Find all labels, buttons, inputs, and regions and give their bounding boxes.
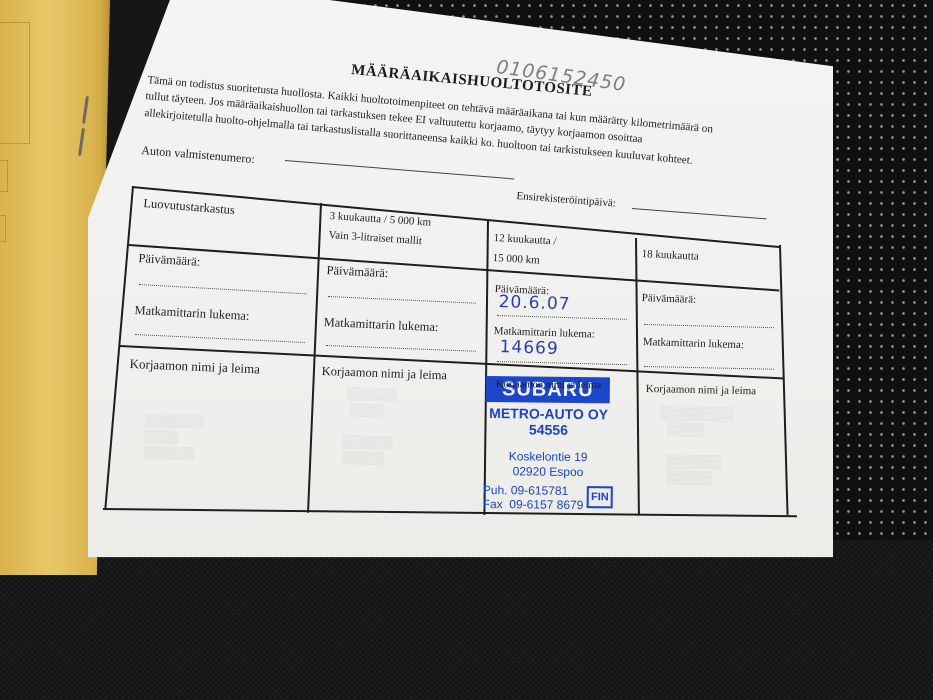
col3-workshop-label: Korjaamon nimi ja leima xyxy=(496,372,602,399)
col1-date-label: Päivämäärä: xyxy=(138,251,201,270)
col2-header-line2: Vain 3-litraiset mallit xyxy=(328,229,422,247)
first-registration-field-line[interactable] xyxy=(632,208,767,219)
stamp-company-name: METRO-AUTO OY xyxy=(484,405,614,422)
first-registration-label: Ensirekisteröintipäivä: xyxy=(516,190,616,210)
col2-odometer-label: Matkamittarin lukema: xyxy=(323,315,438,335)
col1-bleedthrough-text: ▒▒▒▒▒▒▒▒▒▒▒▒▒▒▒▒▒ xyxy=(144,412,205,462)
table-col-line-4 xyxy=(779,245,788,515)
dealer-stamp: SUBARU Korjaamon nimi ja leima METRO-AUT… xyxy=(483,376,614,512)
vin-field-line[interactable] xyxy=(285,160,514,179)
col4-date-field[interactable] xyxy=(644,324,774,328)
stamp-dealer-code: 54556 xyxy=(483,421,613,438)
stamp-city: 02920 Espoo xyxy=(483,464,613,480)
col2-workshop-label: Korjaamon nimi ja leima xyxy=(321,364,447,383)
col4-header: 18 kuukautta xyxy=(641,248,699,263)
table-col-line-0 xyxy=(104,186,133,510)
table-col-line-1 xyxy=(307,203,321,513)
col1-odometer-label: Matkamittarin lukema: xyxy=(134,303,250,324)
col3-odometer-value[interactable]: 14669 xyxy=(499,337,559,359)
col3-date-value[interactable]: 20.6.07 xyxy=(498,292,571,314)
col2-odometer-field[interactable] xyxy=(326,345,476,352)
col2-bleedthrough-text: ▒▒▒▒▒▒ ▒▒▒▒ ▒▒▒▒▒▒ ▒▒▒▒▒ xyxy=(338,385,398,466)
col1-odometer-field[interactable] xyxy=(135,334,305,343)
vin-label: Auton valmistenumero: xyxy=(141,143,255,167)
stamp-country-badge: FIN xyxy=(587,486,613,508)
col1-date-field[interactable] xyxy=(139,284,307,294)
col4-date-label: Päivämäärä: xyxy=(642,292,697,306)
col4-workshop-label: Korjaamon nimi ja leima xyxy=(646,383,757,397)
col3-header: 12 kuukautta / xyxy=(493,232,557,247)
stamp-brand-logo: SUBARU Korjaamon nimi ja leima xyxy=(486,376,610,403)
stamp-street: Koskelontie 19 xyxy=(483,449,613,465)
col4-bleedthrough-text: ▒▒▒▒▒▒▒▒ ▒▒▒▒ ▒▒▒▒▒▒ ▒▒▒▒▒ xyxy=(659,405,734,486)
table-border-bottom xyxy=(103,508,797,517)
col2-date-field[interactable] xyxy=(328,296,476,304)
col4-odometer-label: Matkamittarin lukema: xyxy=(643,336,744,351)
col2-date-label: Päivämäärä: xyxy=(326,263,388,281)
page-content: MÄÄRÄAIKAISHUOLTOTOSITE 0106152450 Tämä … xyxy=(0,0,933,700)
col4-odometer-field[interactable] xyxy=(644,366,774,370)
col3-date-field[interactable] xyxy=(497,315,627,320)
col1-header: Luovutustarkastus xyxy=(143,196,236,218)
col1-workshop-label: Korjaamon nimi ja leima xyxy=(129,356,260,377)
col3-header-line2: 15 000 km xyxy=(492,252,540,267)
